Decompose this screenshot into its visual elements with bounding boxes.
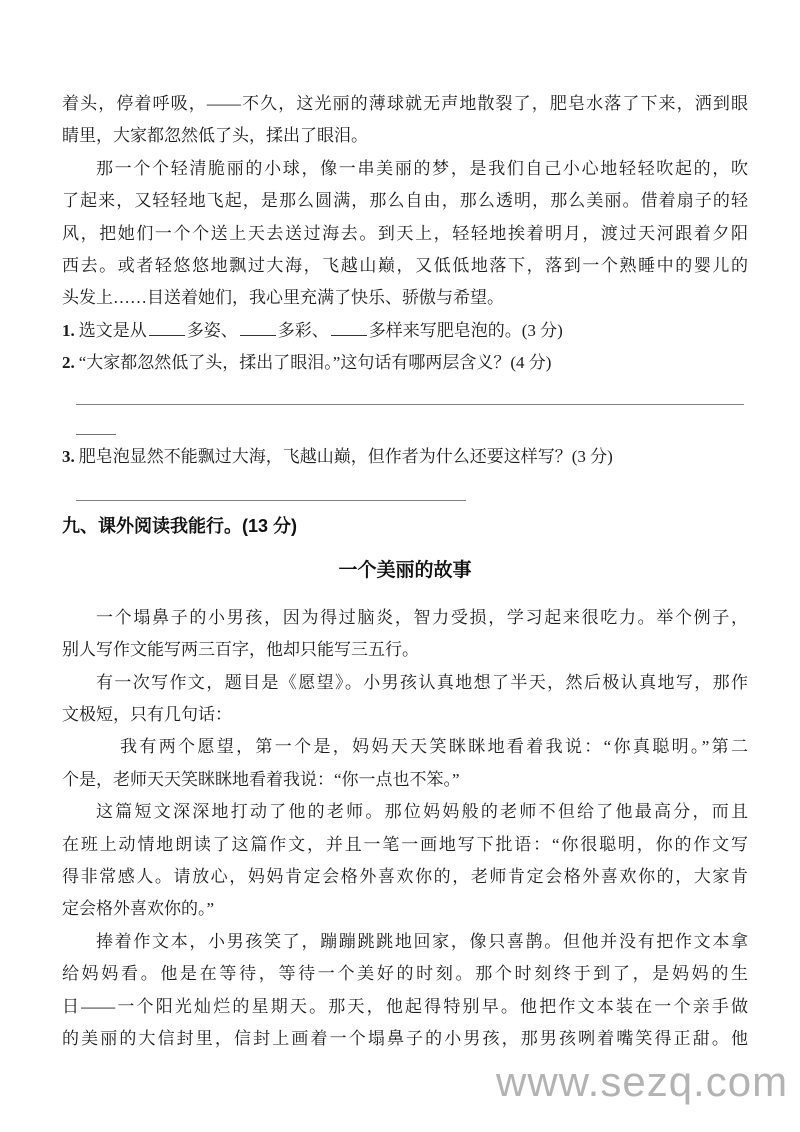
story-title: 一个美丽的故事: [62, 553, 748, 589]
story-line: 捧着作文本，小男孩笑了，蹦蹦跳跳地回家，像只喜鹊。但他并没有把作文本拿: [62, 926, 748, 958]
story-line: 日——一个阳光灿烂的星期天。那天，他起得特别早。他把作文本装在一个亲手做: [62, 991, 748, 1023]
story-line: 个是，老师天天笑眯眯地看着我说：“你一点也不笨。”: [62, 764, 748, 796]
story-line: 我有两个愿望，第一个是，妈妈天天笑眯眯地看着我说：“你真聪明。”第二: [62, 731, 748, 763]
question-1-text-seg: 选文是从: [79, 321, 147, 340]
passage-block: 着头，停着呼吸，——不久，这光丽的薄球就无声地散裂了，肥皂水落了下来，洒到眼 睛…: [62, 88, 748, 315]
worksheet-content: 着头，停着呼吸，——不久，这光丽的薄球就无声地散裂了，肥皂水落了下来，洒到眼 睛…: [62, 88, 748, 1055]
passage-line: 着头，停着呼吸，——不久，这光丽的薄球就无声地散裂了，肥皂水落了下来，洒到眼: [62, 88, 748, 120]
passage-line: 头发上……目送着她们，我心里充满了快乐、骄傲与希望。: [62, 282, 748, 314]
story-line: 定会格外喜欢你的。”: [62, 893, 748, 925]
passage-line: 风，把她们一个个送上天去送过海去。到天上，轻轻地挨着明月，渡过天河跟着夕阳: [62, 218, 748, 250]
question-3-number: 3.: [62, 447, 75, 466]
story-line: 给妈妈看。他是在等待，等待一个美好的时刻。那个时刻终于到了，是妈妈的生: [62, 958, 748, 990]
story-block: 一个塌鼻子的小男孩，因为得过脑炎，智力受损，学习起来很吃力。举个例子， 别人写作…: [62, 602, 748, 1055]
worksheet-page: 着头，停着呼吸，——不久，这光丽的薄球就无声地散裂了，肥皂水落了下来，洒到眼 睛…: [0, 0, 800, 1132]
passage-line: 了起来，又轻轻地飞起，是那么圆满，那么自由，那么透明，那么美丽。借着扇子的轻: [62, 185, 748, 217]
story-line: 在班上动情地朗读了这篇作文，并且一笔一画地写下批语：“你很聪明，你的作文写: [62, 829, 748, 861]
answer-line-long: [76, 380, 744, 405]
story-line: 有一次写作文，题目是《愿望》。小男孩认真地想了半天，然后极认真地写，那作: [62, 667, 748, 699]
section-9-header: 九、课外阅读我能行。(13 分): [62, 509, 748, 543]
site-watermark: www.sezq.com: [496, 1058, 788, 1106]
question-1-number: 1.: [62, 321, 75, 340]
answer-line-medium: [76, 473, 466, 501]
question-2-text: “大家都忽然低了头，揉出了眼泪。”这句话有哪两层含义？(4 分): [79, 353, 552, 372]
answer-line-short: [76, 405, 116, 435]
passage-line: 那一个个轻清脆丽的小球，像一串美丽的梦，是我们自己小心地轻轻吹起的，吹: [62, 153, 748, 185]
passage-line: 西去。或者轻悠悠地飘过大海，飞越山巅，又低低地落下，落到一个熟睡中的婴儿的: [62, 250, 748, 282]
story-line: 一个塌鼻子的小男孩，因为得过脑炎，智力受损，学习起来很吃力。举个例子，: [62, 602, 748, 634]
story-line: 这篇短文深深地打动了他的老师。那位妈妈般的老师不但给了他最高分，而且: [62, 796, 748, 828]
story-line: 的美丽的大信封里，信封上画着一个塌鼻子的小男孩，那男孩咧着嘴笑得正甜。他: [62, 1023, 748, 1055]
question-3: 3.肥皂泡显然不能飘过大海，飞越山巅，但作者为什么还要这样写？(3 分): [62, 441, 748, 473]
question-1: 1.选文是从多姿、多彩、多样来写肥皂泡的。(3 分): [62, 315, 748, 347]
question-2: 2.“大家都忽然低了头，揉出了眼泪。”这句话有哪两层含义？(4 分): [62, 347, 748, 379]
fill-blank-3: [331, 321, 367, 336]
story-line: 别人写作文能写两三百字，他却只能写三五行。: [62, 634, 748, 666]
fill-blank-2: [240, 321, 276, 336]
passage-line: 睛里，大家都忽然低了头，揉出了眼泪。: [62, 120, 748, 152]
question-2-number: 2.: [62, 353, 75, 372]
question-1-text-seg: 多样来写肥皂泡的。(3 分): [369, 321, 563, 340]
question-3-text: 肥皂泡显然不能飘过大海，飞越山巅，但作者为什么还要这样写？(3 分): [79, 447, 613, 466]
story-line: 得非常感人。请放心，妈妈肯定会格外喜欢你的，老师肯定会格外喜欢你的，大家肯: [62, 861, 748, 893]
question-1-text-seg: 多彩、: [278, 321, 329, 340]
fill-blank-1: [149, 321, 185, 336]
story-line: 文极短，只有几句话：: [62, 699, 748, 731]
question-1-text-seg: 多姿、: [187, 321, 238, 340]
